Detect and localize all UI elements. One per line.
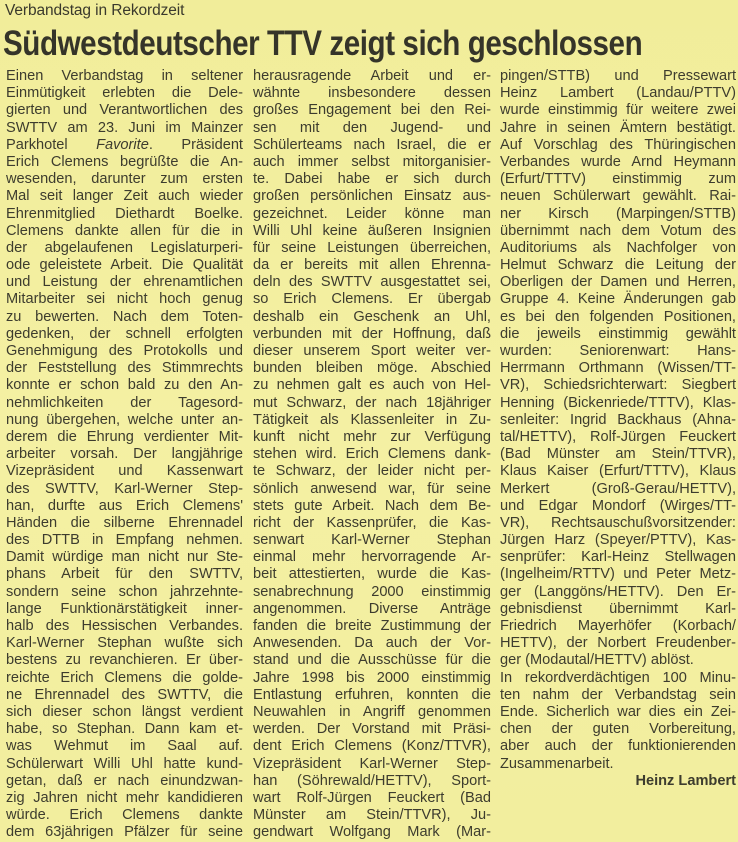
text-line: sen mit den Jugend- und xyxy=(253,120,491,137)
text-line: zig Jahren nicht mehr kandidieren xyxy=(6,790,243,807)
text-line: die jeweils einstimmig gewählt xyxy=(500,326,736,343)
text-line: dem 63jährigen Pfälzer für seine xyxy=(6,824,243,841)
text-line: gierten und Verantwortlichen des xyxy=(6,102,243,119)
text-line: ne Ehrennadel des SWTTV, die xyxy=(6,687,243,704)
text-line: han (Söhrewald/HETTV), Sport- xyxy=(253,773,491,790)
text-line: reichte Erich Clemens die golde- xyxy=(6,670,243,687)
text-line: Henning (Bickenriede/TTTV), Klas- xyxy=(500,395,736,412)
text-line: (Erfurt/TTTV) einstimmig zum xyxy=(500,171,736,188)
text-line: te. Dabei habe er sich durch xyxy=(253,171,491,188)
text-line: bestens zu revanchieren. Er über- xyxy=(6,652,243,669)
text-line: Vizepräsident Karl-Werner Step- xyxy=(253,756,491,773)
text-line: Willi Uhl keine äußeren Insignien xyxy=(253,223,491,240)
text-line: ner Kirsch (Marpingen/STTB) xyxy=(500,206,736,223)
text-line: arbeiter vorsah. Der langjährige xyxy=(6,446,243,463)
text-line: richt der Kassenprüfer, die Kas- xyxy=(253,515,491,532)
text-line: Merkert (Groß-Gerau/HETTV), xyxy=(500,481,736,498)
text-line: chen der guten Vorbereitung, xyxy=(500,721,736,738)
text-line: VR), Schiedsrichterwart: Siegbert xyxy=(500,377,736,394)
text-line: te Schwarz, der leider nicht per- xyxy=(253,463,491,480)
text-line: beit attestierten, wurde die Kas- xyxy=(253,566,491,583)
article-headline: Südwestdeutscher TTV zeigt sich geschlos… xyxy=(3,22,624,66)
hotel-name: Favorite xyxy=(96,137,149,153)
text-line: phans Arbeit für den SWTTV, xyxy=(6,566,243,583)
text-line: Vizepräsident und Kassenwart xyxy=(6,463,243,480)
text-line: Zusammenarbeit. xyxy=(500,756,736,773)
text-line: Mitarbeiter sei nicht hoch genug xyxy=(6,291,243,308)
text-line: ger (Langgöns/HETTV). Den Er- xyxy=(500,584,736,601)
article-column-2: herausragende Arbeit und er-wähnte insbe… xyxy=(253,68,491,841)
text-line: aber auch der funktionierenden xyxy=(500,738,736,755)
text-line: gendwart Wolfgang Mark (Mar- xyxy=(253,824,491,841)
text-line: (Bad Münster am Stein/TTVR), xyxy=(500,446,736,463)
text-line: für seine Leistungen überreichen, xyxy=(253,240,491,257)
newspaper-page: Verbandstag in Rekordzeit Südwestdeutsch… xyxy=(0,0,738,842)
text-line: gezeichnet. Leider könne man xyxy=(253,206,491,223)
text-line: sondern seine schon jahrzehnte- xyxy=(6,584,243,601)
text-line: halb des Hessischen Verbandes. xyxy=(6,618,243,635)
text-line: SWTTV am 23. Juni im Mainzer xyxy=(6,120,243,137)
text-line: nung übergehen, welche unter an- xyxy=(6,412,243,429)
text-line: senabrechnung 2000 einstimmig xyxy=(253,584,491,601)
text-line: auch immer selbst mitorganisier- xyxy=(253,154,491,171)
text-line: Jahre in seinen Ämtern bestätigt. xyxy=(500,120,736,137)
text-line: Herrmann Orthmann (Wissen/TT- xyxy=(500,360,736,377)
text-line: so Erich Clemens. Er übergab xyxy=(253,291,491,308)
text-line: und Leistung der ehrenamtlichen xyxy=(6,274,243,291)
text-line: Klaus Kaiser (Erfurt/TTTV), Klaus xyxy=(500,463,736,480)
text-line: Einen Verbandstag in seltener xyxy=(6,68,243,85)
text-line: stets gute Arbeit. Nach dem Be- xyxy=(253,498,491,515)
text-line: senwart Karl-Werner Stephan xyxy=(253,532,491,549)
text-line: gebnisdienst übernimmt Karl- xyxy=(500,601,736,618)
text-line: Schülerwart Willi Uhl hatte kund- xyxy=(6,756,243,773)
text-line: (Ingelheim/RTTV) und Peter Metz- xyxy=(500,566,736,583)
text-line: Karl-Werner Stephan wußte sich xyxy=(6,635,243,652)
text-line: Damit würdige man nicht nur Ste- xyxy=(6,549,243,566)
text-line: VR), Rechtsauschußvorsitzender: xyxy=(500,515,736,532)
text-line: In rekordverdächtigen 100 Minu- xyxy=(500,670,736,687)
text-line: Verbandes wurde Arnd Heymann xyxy=(500,154,736,171)
article-column-1: Einen Verbandstag in seltenerEinmütigkei… xyxy=(6,68,243,841)
text-line: sich dieser schon längst verdient xyxy=(6,704,243,721)
text-line: zu nehmen galt es auch von Hel- xyxy=(253,377,491,394)
text-line: fanden die breite Zustimmung der xyxy=(253,618,491,635)
text-line: wurde einstimmig für weitere zwei xyxy=(500,102,736,119)
text-line: Erich Clemens begrüßte die An- xyxy=(6,154,243,171)
text-line: wurden: Seniorenwart: Hans- xyxy=(500,343,736,360)
text-line: Jahre 1998 bis 2000 einstimmig xyxy=(253,670,491,687)
text-line: kunft nicht mehr zur Verfügung xyxy=(253,429,491,446)
text-line: übernimmt nach dem Votum des xyxy=(500,223,736,240)
text-line: mut Schwarz, der nach 18jähriger xyxy=(253,395,491,412)
text-line: Helmut Schwarz die Leitung der xyxy=(500,257,736,274)
text-line: großen persönlichen Einsatz aus- xyxy=(253,188,491,205)
text-line: HETTV), der Norbert Freudenber- xyxy=(500,635,736,652)
text-line: ten nahm der Verbandstag sein xyxy=(500,687,736,704)
text-line: wähnte insbesondere dessen xyxy=(253,85,491,102)
text-line: deln des SWTTV ausgestattet sei, xyxy=(253,274,491,291)
text-line: und Edgar Mondorf (Wirges/TT- xyxy=(500,498,736,515)
text-line: derem die Ehrung verdienter Mit- xyxy=(6,429,243,446)
text-line: Händen die silberne Ehrennadel xyxy=(6,515,243,532)
text-line: Ehrenmitglied Diethardt Boelke. xyxy=(6,206,243,223)
text-line: Schülerteams nach Israel, die er xyxy=(253,137,491,154)
article-column-3: pingen/STTB) und PressewartHeinz Lambert… xyxy=(500,68,736,790)
text-line: herausragende Arbeit und er- xyxy=(253,68,491,85)
text-line: Gruppe 4. Keine Änderungen gab xyxy=(500,291,736,308)
text-line: zu bewerten. Nach dem Toten- xyxy=(6,309,243,326)
text-line: Tätigkeit als Klassenleiter in Zu- xyxy=(253,412,491,429)
text-line: des DTTB in Empfang nehmen. xyxy=(6,532,243,549)
text-line: Genehmigung des Protokolls und xyxy=(6,343,243,360)
text-line: Neuwahlen in Angriff genommen xyxy=(253,704,491,721)
text-line: Friedrich Mayerhöfer (Korbach/ xyxy=(500,618,736,635)
text-line: Auf Vorschlag des Thüringischen xyxy=(500,137,736,154)
text-line: der Feststellung des Stimmrechts xyxy=(6,360,243,377)
text-line: neuen Schülerwart gewählt. Rai- xyxy=(500,188,736,205)
text-line: senprüfer: Karl-Heinz Stellwagen xyxy=(500,549,736,566)
text-line: wesenden, darunter zum ersten xyxy=(6,171,243,188)
text-line: bunden bleiben möge. Abschied xyxy=(253,360,491,377)
text-line: dent Erich Clemens (Konz/TTVR), xyxy=(253,738,491,755)
text-line: tal/HETTV), Rolf-Jürgen Feuckert xyxy=(500,429,736,446)
text-line: stand und die Ausschüsse für die xyxy=(253,652,491,669)
text-line: pingen/STTB) und Pressewart xyxy=(500,68,736,85)
text-line: großes Engagement bei den Rei- xyxy=(253,102,491,119)
text-line: Clemens dankte allen für die in xyxy=(6,223,243,240)
text-line: angenommen. Diverse Anträge xyxy=(253,601,491,618)
text-line: stehen wird. Erich Clemens dank- xyxy=(253,446,491,463)
text-line: dieser unserem Sport weiter ver- xyxy=(253,343,491,360)
author-signature: Heinz Lambert xyxy=(500,773,736,790)
text-line: des SWTTV, Karl-Werner Step- xyxy=(6,481,243,498)
text-line: wart Rolf-Jürgen Feuckert (Bad xyxy=(253,790,491,807)
text-line: nehmlichkeiten der Tagesord- xyxy=(6,395,243,412)
text-line: habe, so Stephan. Dann kam et- xyxy=(6,721,243,738)
text-line: Entlastung erfuhren, konnten die xyxy=(253,687,491,704)
text-line: werden. Der Vorstand mit Präsi- xyxy=(253,721,491,738)
text-line: Parkhotel Favorite. Präsident xyxy=(6,137,243,154)
text-line: Mal seit langer Zeit auch wieder xyxy=(6,188,243,205)
text-line: Einmütigkeit erlebten die Dele- xyxy=(6,85,243,102)
text-line: ode geleistete Arbeit. Die Qualität xyxy=(6,257,243,274)
text-line: der abgelaufenen Legislaturperi- xyxy=(6,240,243,257)
text-line: da er bereits mit allen Ehrenna- xyxy=(253,257,491,274)
text-line: Oberligen der Damen und Herren, xyxy=(500,274,736,291)
text-line: konnte er schon bald zu den An- xyxy=(6,377,243,394)
text-line: Anwesenden. Da auch der Vor- xyxy=(253,635,491,652)
text-line: Auditoriums als Nachfolger von xyxy=(500,240,736,257)
article-kicker: Verbandstag in Rekordzeit xyxy=(5,2,184,20)
text-line: sönlich anwesend war, für seine xyxy=(253,481,491,498)
text-line: es bei den folgenden Positionen, xyxy=(500,309,736,326)
text-line: ger (Modautal/HETTV) ablöst. xyxy=(500,652,736,669)
text-line: getan, daß er nach einundzwan- xyxy=(6,773,243,790)
text-line: verbunden mit der Hoffnung, daß xyxy=(253,326,491,343)
text-line: Münster am Stein/TTVR), Ju- xyxy=(253,807,491,824)
text-line: Ende. Sicherlich war dies ein Zei- xyxy=(500,704,736,721)
text-line: Heinz Lambert (Landau/PTTV) xyxy=(500,85,736,102)
text-line: gedenken, der schnell erfolgten xyxy=(6,326,243,343)
text-line: würde. Erich Clemens dankte xyxy=(6,807,243,824)
text-line: lange Funktionärstätigkeit inner- xyxy=(6,601,243,618)
text-line: was Wehmut im Saal auf. xyxy=(6,738,243,755)
text-line: deshalb ein Geschenk an Uhl, xyxy=(253,309,491,326)
text-line: einmal mehr hervorragende Ar- xyxy=(253,549,491,566)
text-line: senleiter: Ingrid Backhaus (Ahna- xyxy=(500,412,736,429)
text-line: han, durfte aus Erich Clemens' xyxy=(6,498,243,515)
text-line: Jürgen Harz (Speyer/PTTV), Kas- xyxy=(500,532,736,549)
